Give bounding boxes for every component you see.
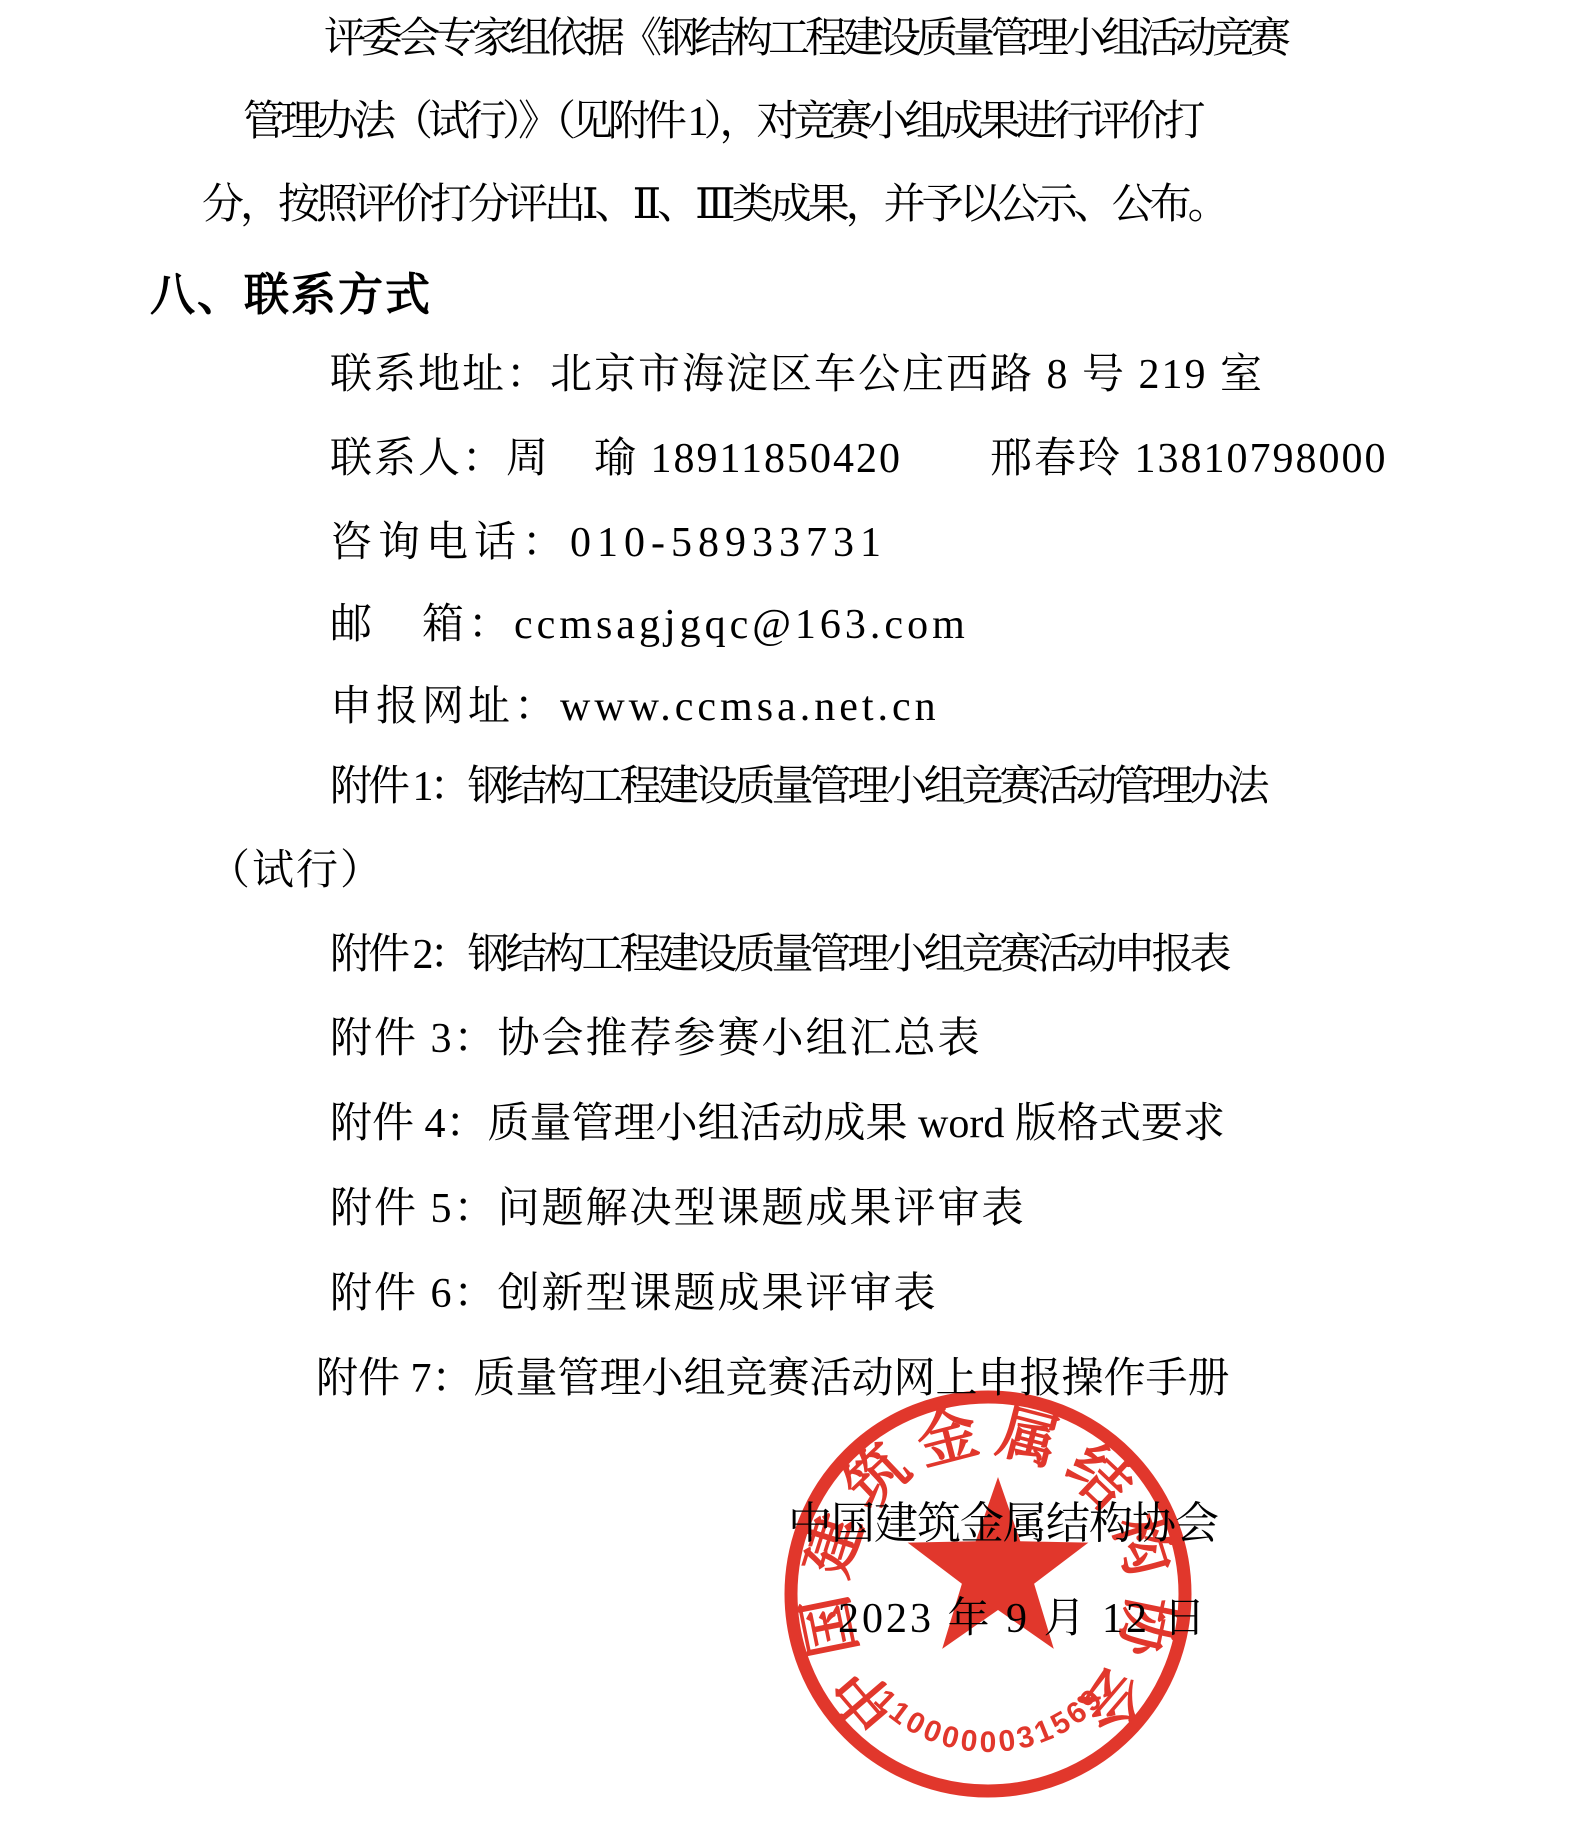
seal-ring-char-8: 协 bbox=[1107, 1590, 1184, 1664]
seal-ring-char-5: 属 bbox=[991, 1399, 1066, 1478]
attachment-6: 附件 6：创新型课题成果评审表 bbox=[330, 1271, 938, 1317]
contact-person: 联系人：周 瑜 18911850420 邢春玲 13810798000 bbox=[330, 436, 1387, 482]
seal-ring-char-3: 筑 bbox=[833, 1433, 922, 1522]
attachment-1-cont: （试行） bbox=[208, 848, 384, 894]
attachment-5: 附件 5：问题解决型课题成果评审表 bbox=[330, 1186, 1026, 1232]
attachment-4: 附件 4：质量管理小组活动成果 word 版格式要求 bbox=[330, 1101, 1225, 1147]
seal-graphic: 中国建筑金属结构协会1100000031569 bbox=[763, 1369, 1213, 1825]
seal-ring-char-1: 国 bbox=[792, 1590, 869, 1662]
section-heading-contact: 八、联系方式 bbox=[150, 258, 432, 323]
star-icon bbox=[908, 1477, 1089, 1649]
contact-phone: 咨询电话：010-58933731 bbox=[330, 520, 887, 566]
paragraph-line-2: 管理办法（试行）》（见附件 1），对竞赛小组成果进行评价打 bbox=[243, 99, 1201, 145]
paragraph-line-3: 分，按照评价打分评出Ⅰ、Ⅱ、Ⅲ类成果，并予以公示、公布。 bbox=[202, 182, 1226, 228]
seal-serial-digit-6: 0 bbox=[980, 1726, 997, 1759]
seal-ring-char-6: 结 bbox=[1054, 1433, 1143, 1522]
document-page: { "doc": { "paragraph": { "line1": "评委会专… bbox=[0, 0, 1587, 1825]
contact-website: 申报网址：www.ccmsa.net.cn bbox=[330, 684, 940, 730]
seal-serial-digit-5: 0 bbox=[959, 1724, 980, 1759]
attachment-3: 附件 3：协会推荐参赛小组汇总表 bbox=[330, 1016, 982, 1062]
attachment-2: 附件 2：钢结构工程建设质量管理小组竞赛活动申报表 bbox=[330, 932, 1228, 978]
paragraph-line-1: 评委会专家组依据《钢结构工程建设质量管理小组活动竞赛 bbox=[324, 16, 1286, 62]
attachment-1: 附件 1：钢结构工程建设质量管理小组竞赛活动管理办法 bbox=[330, 764, 1266, 810]
contact-email: 邮 箱：ccmsagjgqc@163.com bbox=[330, 602, 969, 648]
seal-ring-char-4: 金 bbox=[910, 1399, 985, 1478]
official-seal: 中国建筑金属结构协会1100000031569 bbox=[763, 1369, 1213, 1825]
contact-address: 联系地址：北京市海淀区车公庄西路 8 号 219 室 bbox=[330, 352, 1264, 398]
